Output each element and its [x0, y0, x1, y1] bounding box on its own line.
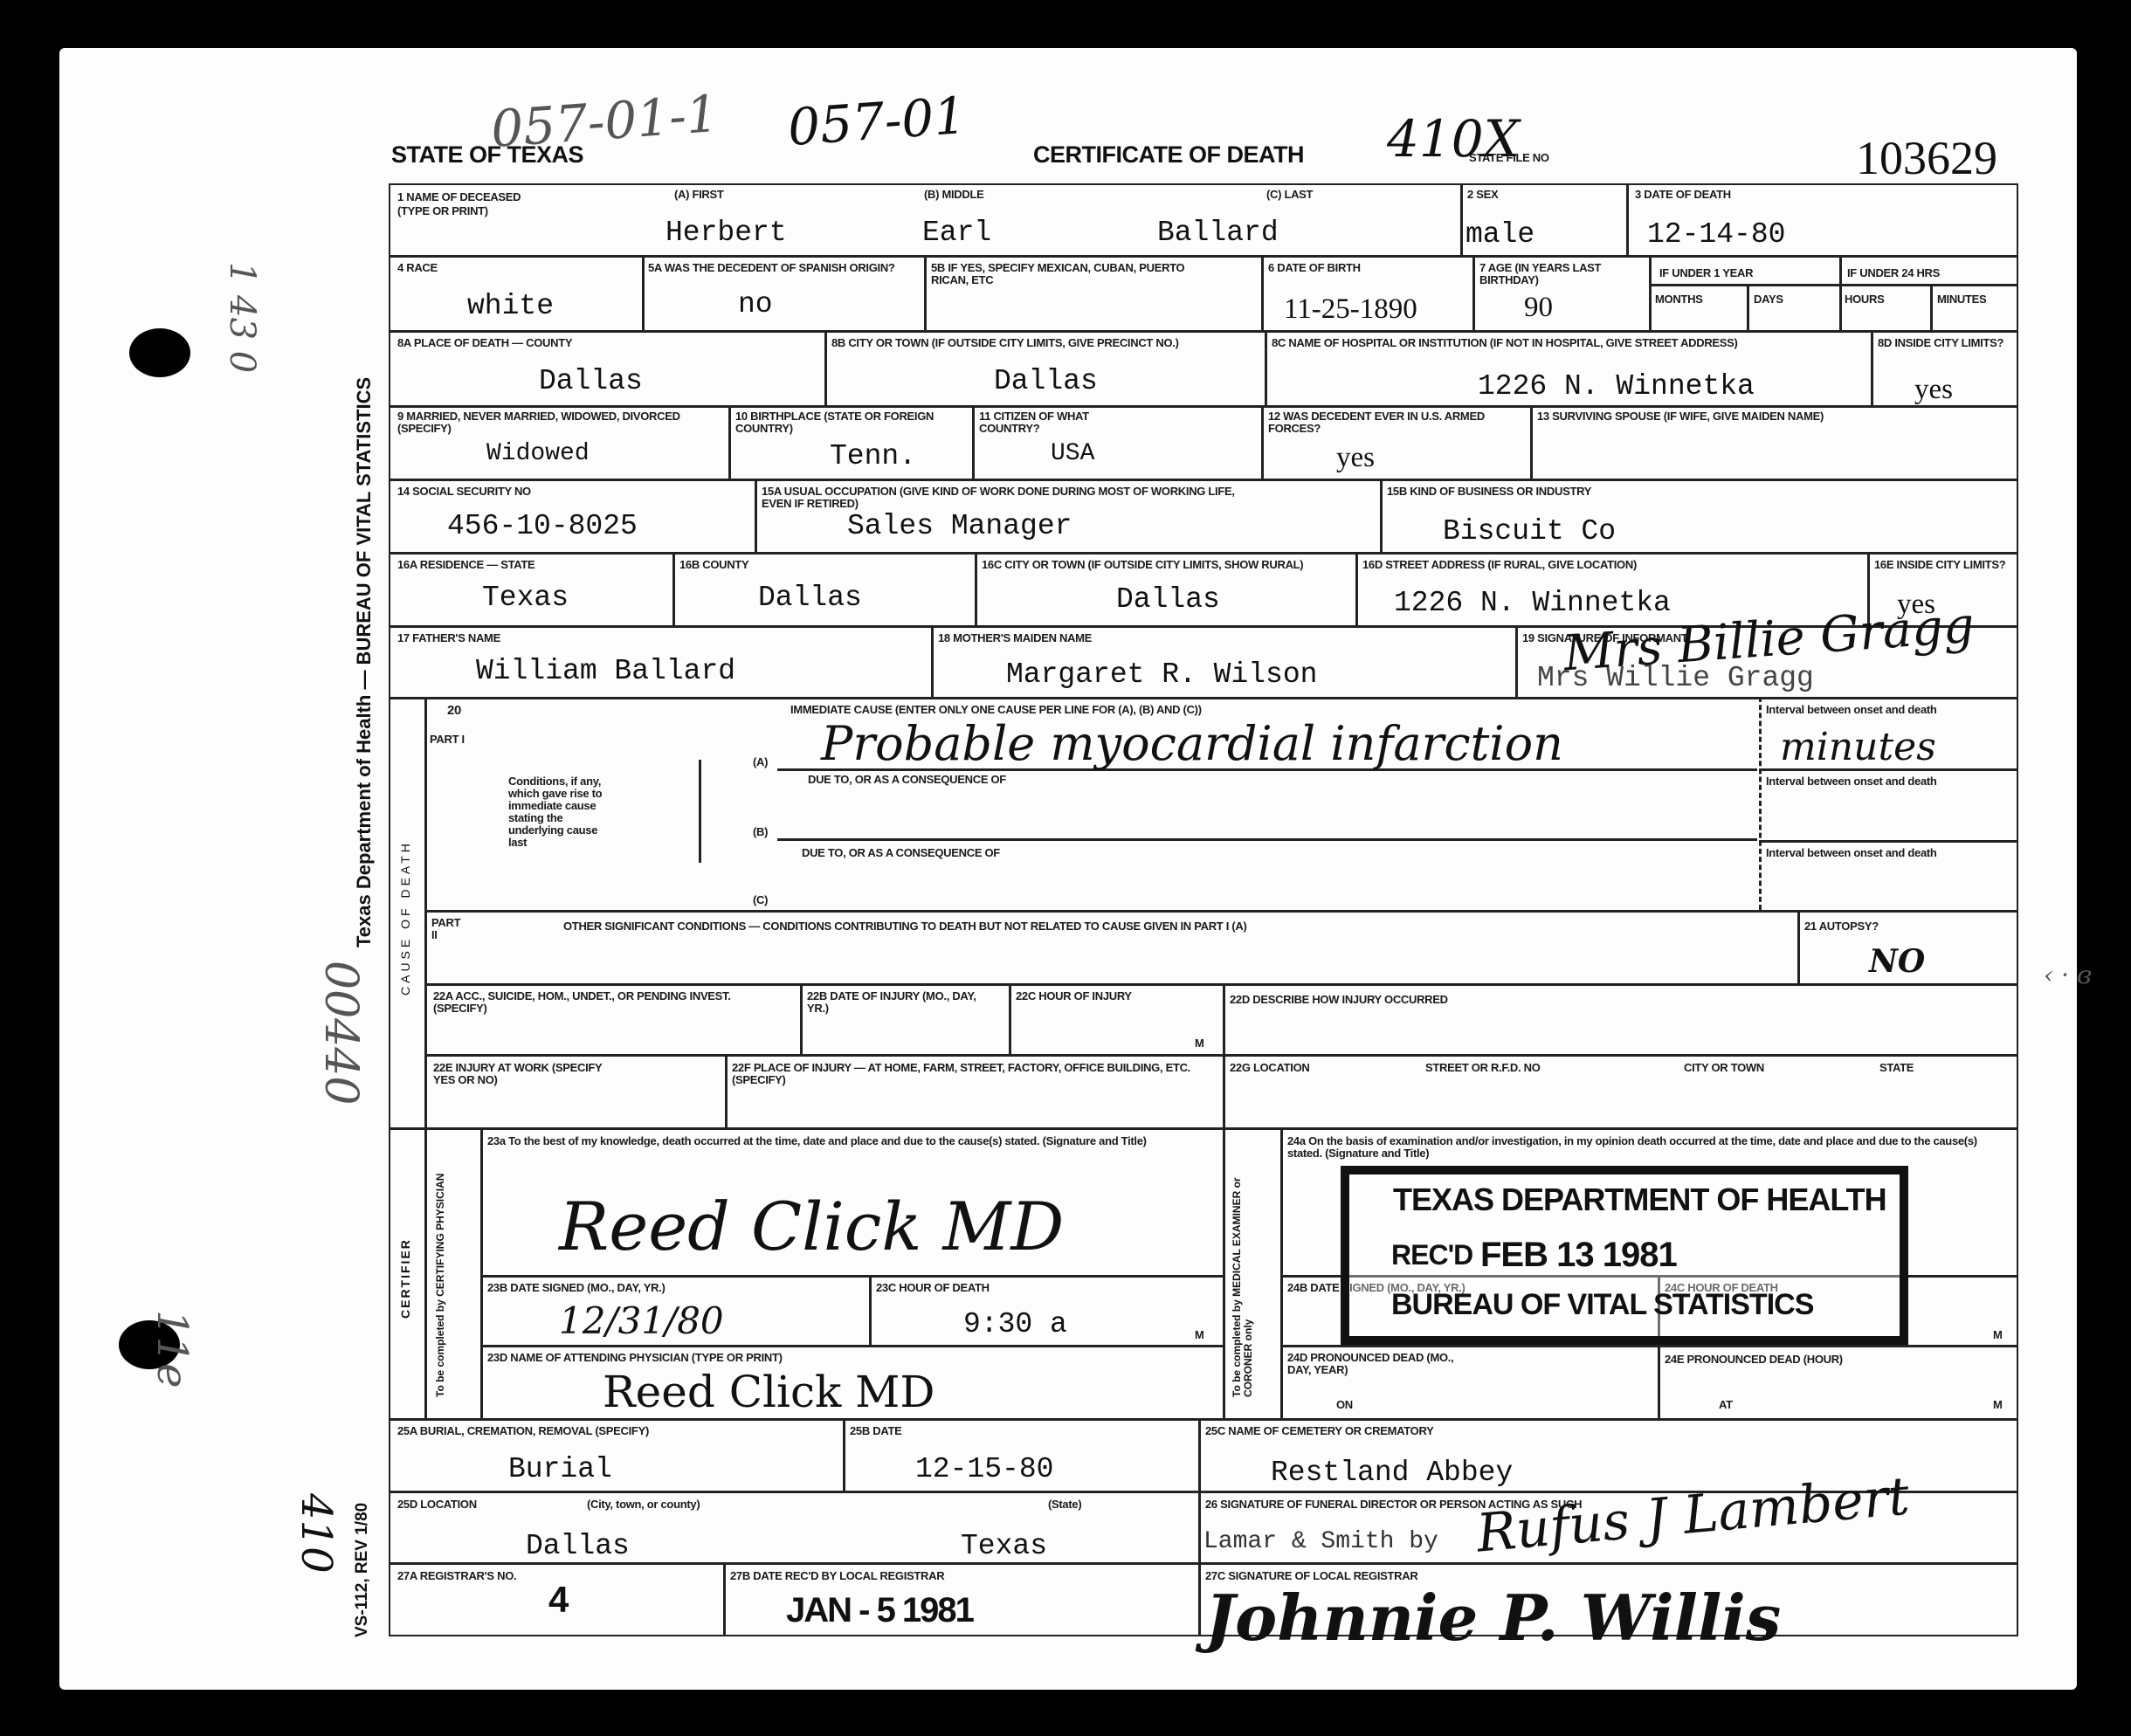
margin-note-lower: 11e — [148, 1310, 197, 1388]
interval-label-b: Interval between onset and death — [1766, 775, 1967, 788]
injury-type-label: 22a ACC., SUICIDE, HOM., UNDET., OR PEND… — [433, 990, 765, 1015]
col-divider — [824, 330, 827, 405]
registrar-no-value: 4 — [548, 1579, 569, 1621]
right-margin-mark: ‹ · ɞ — [2044, 961, 2092, 989]
county-of-death-label: 8a PLACE OF DEATH — COUNTY — [397, 337, 572, 349]
row-divider — [389, 479, 2018, 481]
col-divider — [931, 625, 934, 697]
city-of-death-label: 8b CITY OR TOWN (If outside city limits,… — [831, 337, 1216, 349]
col-divider — [672, 552, 675, 625]
certifier-side-divider-2 — [480, 1127, 483, 1418]
row-divider — [424, 983, 2018, 986]
row-divider — [480, 1345, 1223, 1347]
col-divider — [843, 1418, 845, 1491]
col-divider — [1223, 1127, 1225, 1418]
age-value: 90 — [1524, 292, 1553, 324]
injury-date-label: 22b DATE OF INJURY (Mo., Day, Yr.) — [807, 990, 999, 1015]
hour-of-death-suffix: M — [1195, 1329, 1204, 1341]
race-value: white — [467, 290, 554, 322]
spouse-label: 13 SURVIVING SPOUSE (If wife, give maide… — [1537, 410, 1824, 423]
row-divider — [389, 697, 2018, 699]
sex-value: male — [1465, 218, 1534, 251]
disposition-date-value: 12-15-80 — [915, 1453, 1053, 1485]
first-name-value: Herbert — [666, 217, 787, 249]
burial-location-state-label: (State) — [1048, 1498, 1081, 1511]
examiner-side-label: To be completed by MEDICAL EXAMINER or C… — [1231, 1170, 1254, 1397]
certifier-side-divider — [424, 1127, 427, 1418]
interval-value-a: minutes — [1780, 725, 1936, 769]
residence-county-value: Dallas — [758, 582, 862, 614]
col-divider — [1930, 284, 1933, 330]
injury-place-label: 22f PLACE OF INJURY — At home, farm, str… — [732, 1062, 1212, 1086]
date-signed-value: 12/31/80 — [559, 1299, 724, 1342]
certifier-signature: Reed Click MD — [559, 1188, 1064, 1265]
father-label: 17 FATHER'S NAME — [397, 632, 500, 644]
part-one-label: PART I — [430, 734, 465, 746]
row-divider — [389, 330, 2018, 333]
handwritten-code-2: 057-01 — [786, 86, 968, 157]
form-id: VS-112, REV 1/80 — [353, 1503, 372, 1637]
row-divider — [424, 910, 2018, 913]
row-divider — [1649, 284, 2017, 286]
row-divider — [1280, 1345, 2018, 1347]
armed-forces-label: 12 WAS DECEDENT EVER IN U.S. ARMED FORCE… — [1268, 410, 1521, 435]
date-of-birth-value: 11-25-1890 — [1284, 293, 1417, 326]
mother-label: 18 MOTHER'S MAIDEN NAME — [938, 632, 1092, 644]
col-divider — [1198, 1418, 1201, 1635]
date-of-death-label: 3 DATE OF DEATH — [1635, 189, 1731, 201]
cause-of-death-side-label: CAUSE OF DEATH — [398, 840, 412, 995]
col-divider — [1280, 1127, 1283, 1418]
col-divider — [924, 255, 927, 330]
date-of-birth-label: 6 DATE OF BIRTH — [1268, 262, 1361, 274]
disposition-method-label: 25a BURIAL, CREMATION, REMOVAL (Specify) — [397, 1425, 649, 1437]
state-heading: STATE OF TEXAS — [391, 141, 583, 169]
col-divider — [869, 1275, 872, 1345]
autopsy-value: NO — [1869, 943, 1925, 980]
col-divider — [728, 405, 731, 479]
residence-inside-city-label: 16e INSIDE CITY LIMITS? — [1874, 559, 2014, 571]
business-value: Biscuit Co — [1443, 515, 1616, 548]
cause-line-a: Probable myocardial infarction — [821, 716, 1563, 771]
date-of-death-value: 12-14-80 — [1647, 218, 1785, 251]
injury-location-label: 22g LOCATION — [1230, 1062, 1310, 1074]
date-recd-label: 27b DATE REC'D BY LOCAL REGISTRAR — [730, 1570, 944, 1582]
row-divider — [389, 405, 2018, 408]
row-divider — [389, 1562, 2018, 1565]
interval-label-a: Interval between onset and death — [1766, 704, 1967, 716]
first-name-label: (a) First — [674, 189, 724, 201]
cemetery-label: 25c NAME OF CEMETERY OR CREMATORY — [1205, 1425, 1433, 1437]
line-c-marker: (c) — [753, 894, 768, 906]
hour-of-death-label: 23c HOUR OF DEATH — [876, 1282, 990, 1294]
col-divider — [1223, 983, 1225, 1127]
residence-state-label: 16a RESIDENCE — STATE — [397, 559, 534, 571]
attending-physician-label: 23d NAME OF ATTENDING PHYSICIAN (Type or… — [487, 1352, 783, 1364]
mother-value: Margaret R. Wilson — [1006, 658, 1317, 691]
residence-county-label: 16b COUNTY — [679, 559, 748, 571]
middle-name-label: (b) Middle — [924, 189, 984, 201]
marital-label: 9 MARRIED, NEVER MARRIED, WIDOWED, DIVOR… — [397, 410, 712, 435]
injury-describe-label: 22d DESCRIBE HOW INJURY OCCURRED — [1230, 994, 1448, 1006]
row-divider — [480, 1275, 1223, 1278]
col-divider — [1626, 183, 1629, 255]
col-divider — [1355, 552, 1358, 625]
col-divider — [1515, 625, 1518, 697]
examiner-statement-label: 24a On the basis of examination and/or i… — [1287, 1135, 1986, 1160]
col-divider — [1009, 983, 1011, 1054]
pronounced-on: ON — [1336, 1399, 1353, 1411]
part-two-label: PART II — [431, 917, 466, 941]
due-to-label-b: DUE TO, OR AS A CONSEQUENCE OF — [802, 847, 1000, 859]
middle-name-value: Earl — [922, 217, 991, 249]
col-divider — [755, 479, 757, 552]
hospital-label: 8c NAME OF HOSPITAL OR INSTITUTION (If n… — [1272, 337, 1796, 349]
name-label: 1 NAME OF DECEASED (Type or print) — [397, 190, 555, 218]
under-1-year-label: IF UNDER 1 YEAR — [1659, 267, 1753, 279]
birthplace-label: 10 BIRTHPLACE (State or foreign country) — [735, 410, 962, 435]
pronounced-at: AT — [1719, 1399, 1733, 1411]
stamp-received-date: FEB 13 1981 — [1480, 1236, 1677, 1275]
last-name-value: Ballard — [1157, 217, 1279, 249]
race-label: 4 RACE — [397, 262, 438, 274]
under-24-hrs-hours: Hours — [1845, 293, 1884, 306]
col-divider — [1649, 255, 1652, 330]
col-divider — [723, 1562, 726, 1635]
stamp-bureau: BUREAU OF VITAL STATISTICS — [1391, 1288, 1813, 1322]
row-divider — [389, 1418, 2018, 1421]
cause-item-number: 20 — [447, 704, 461, 718]
row-divider — [389, 1127, 2018, 1130]
col-divider — [1747, 284, 1749, 330]
date-signed-label: 23b DATE SIGNED (Mo., Day, Yr.) — [487, 1282, 666, 1294]
residence-city-label: 16c CITY OR TOWN (If outside city limits… — [982, 559, 1348, 571]
col-divider — [1839, 255, 1842, 330]
residence-street-value: 1226 N. Winnetka — [1394, 587, 1671, 619]
under-1-year-months: Months — [1655, 293, 1703, 306]
city-of-death-value: Dallas — [994, 365, 1098, 397]
other-conditions-label: OTHER SIGNIFICANT CONDITIONS — CONDITION… — [563, 920, 1247, 933]
col-divider — [1530, 405, 1533, 479]
col-divider — [975, 552, 977, 625]
row-divider — [424, 1054, 2018, 1057]
ssn-label: 14 SOCIAL SECURITY NO — [397, 486, 531, 498]
received-stamp: TEXAS DEPARTMENT OF HEALTH REC'D FEB 13 … — [1341, 1166, 1908, 1345]
col-divider — [1797, 910, 1800, 983]
col-divider — [800, 983, 803, 1054]
col-divider — [725, 1054, 728, 1127]
col-divider — [1460, 183, 1463, 255]
sex-label: 2 SEX — [1467, 189, 1498, 201]
residence-city-value: Dallas — [1116, 583, 1220, 616]
row-divider — [389, 255, 2018, 258]
armed-forces-value: yes — [1336, 442, 1375, 474]
margin-note-bottom: 410 — [292, 1493, 341, 1574]
residence-street-label: 16d STREET ADDRESS (If rural, give locat… — [1362, 559, 1637, 571]
interval-divider — [1759, 697, 1762, 910]
citizen-value: USA — [1051, 440, 1094, 467]
immediate-cause-label: IMMEDIATE CAUSE (Enter only one cause pe… — [790, 704, 1576, 716]
hour-of-death-value: 9:30 a — [963, 1308, 1067, 1340]
col-divider — [1261, 255, 1264, 330]
spanish-specify-label: 5b IF YES, SPECIFY MEXICAN, CUBAN, PUERT… — [931, 262, 1193, 286]
burial-location-label: 25d LOCATION — [397, 1498, 477, 1511]
registrar-no-label: 27a REGISTRAR'S NO. — [397, 1570, 516, 1582]
occupation-value: Sales Manager — [847, 510, 1072, 542]
injury-location-state: STATE — [1879, 1062, 1914, 1074]
col-divider — [642, 255, 645, 330]
interval-rule-b — [1759, 840, 2018, 843]
col-divider — [1871, 330, 1873, 405]
burial-location-state-value: Texas — [961, 1530, 1047, 1562]
residence-state-value: Texas — [482, 582, 569, 614]
certificate-title: CERTIFICATE OF DEATH — [1033, 141, 1304, 169]
inside-city-label: 8d INSIDE CITY LIMITS? — [1878, 337, 2009, 349]
inside-city-value: yes — [1914, 374, 1953, 406]
injury-location-street: STREET OR R.F.D. NO — [1425, 1062, 1541, 1074]
stamp-received-label: REC'D — [1391, 1239, 1472, 1271]
margin-note-middle: 00440 — [314, 961, 367, 1105]
last-name-label: (c) Last — [1266, 189, 1313, 201]
ssn-value: 456-10-8025 — [447, 510, 638, 542]
date-recd-value: JAN - 5 1981 — [786, 1591, 973, 1630]
birthplace-value: Tenn. — [830, 440, 916, 472]
certifier-statement-label: 23a To the best of my knowledge, death o… — [487, 1135, 1203, 1147]
interval-label-c: Interval between onset and death — [1766, 847, 1967, 859]
col-divider — [1261, 405, 1264, 479]
state-file-no-label: STATE FILE NO — [1469, 152, 1549, 164]
injury-hour-label: 22c HOUR OF INJURY — [1016, 990, 1138, 1002]
attending-physician-value: Reed Click MD — [603, 1367, 934, 1417]
pronounced-date-label: 24d PRONOUNCED DEAD (Mo., Day, Year) — [1287, 1352, 1462, 1376]
citizen-label: 11 CITIZEN OF WHAT COUNTRY? — [979, 410, 1145, 435]
injury-location-city: CITY OR TOWN — [1684, 1062, 1764, 1074]
pronounced-hour-label: 24e PRONOUNCED DEAD (Hour) — [1665, 1354, 1843, 1366]
county-of-death-value: Dallas — [539, 365, 643, 397]
disposition-method-value: Burial — [508, 1453, 612, 1485]
pronounced-suffix: M — [1993, 1399, 2003, 1411]
occupation-label: 15a USUAL OCCUPATION (Give kind of work … — [762, 486, 1251, 510]
marital-value: Widowed — [486, 440, 590, 467]
spanish-origin-value: no — [738, 288, 773, 320]
due-to-label-a: DUE TO, OR AS A CONSEQUENCE OF — [808, 774, 1006, 786]
under-24-hrs-label: IF UNDER 24 HRS — [1847, 267, 1940, 279]
age-label: 7 AGE (in years last birthday) — [1479, 262, 1628, 286]
burial-location-city-value: Dallas — [526, 1530, 630, 1562]
certifier-side-label: CERTIFIER — [398, 1238, 412, 1319]
conditions-bracket — [699, 760, 701, 863]
punch-hole-top — [129, 328, 190, 377]
cemetery-value: Restland Abbey — [1271, 1457, 1513, 1489]
margin-note-top: 1 43 0 — [222, 262, 262, 373]
autopsy-label: 21 AUTOPSY? — [1804, 920, 1879, 933]
col-divider — [1380, 479, 1383, 552]
stamp-agency: TEXAS DEPARTMENT OF HEALTH — [1393, 1181, 1886, 1218]
line-b-marker: (b) — [753, 826, 768, 838]
certifier-side-sublabel: To be completed by CERTIFYING PHYSICIAN — [435, 1170, 446, 1397]
under-24-hrs-minutes: Minutes — [1937, 293, 1986, 306]
col-divider — [1472, 255, 1475, 330]
hospital-value: 1226 N. Winnetka — [1478, 370, 1755, 403]
line-a-marker: (a) — [753, 756, 768, 768]
injury-at-work-label: 22e INJURY AT WORK (Specify yes or no) — [433, 1062, 608, 1086]
conditions-note: Conditions, if any, which gave rise to i… — [508, 775, 613, 849]
injury-hour-suffix: M — [1195, 1037, 1204, 1050]
agency-side-label: Texas Department of Health — BUREAU OF V… — [353, 179, 376, 947]
row-divider — [389, 552, 2018, 555]
under-1-year-days: Days — [1754, 293, 1783, 306]
col-divider — [972, 405, 975, 479]
col-divider — [1265, 330, 1267, 405]
business-label: 15b KIND OF BUSINESS OR INDUSTRY — [1387, 486, 1591, 498]
cause-side-divider — [424, 697, 427, 1127]
funeral-director-typed: Lamar & Smith by — [1203, 1528, 1438, 1555]
state-file-number: 103629 — [1856, 131, 1997, 185]
burial-location-city-label: (City, town, or county) — [587, 1498, 700, 1511]
spanish-origin-label: 5a WAS THE DECEDENT OF SPANISH ORIGIN? — [648, 262, 910, 274]
examiner-hour-suffix: M — [1993, 1329, 2003, 1341]
disposition-date-label: 25b DATE — [850, 1425, 901, 1437]
father-value: William Ballard — [476, 655, 735, 687]
line-b-rule — [777, 838, 1757, 841]
registrar-signature: Johnnie P. Willis — [1205, 1581, 1781, 1655]
